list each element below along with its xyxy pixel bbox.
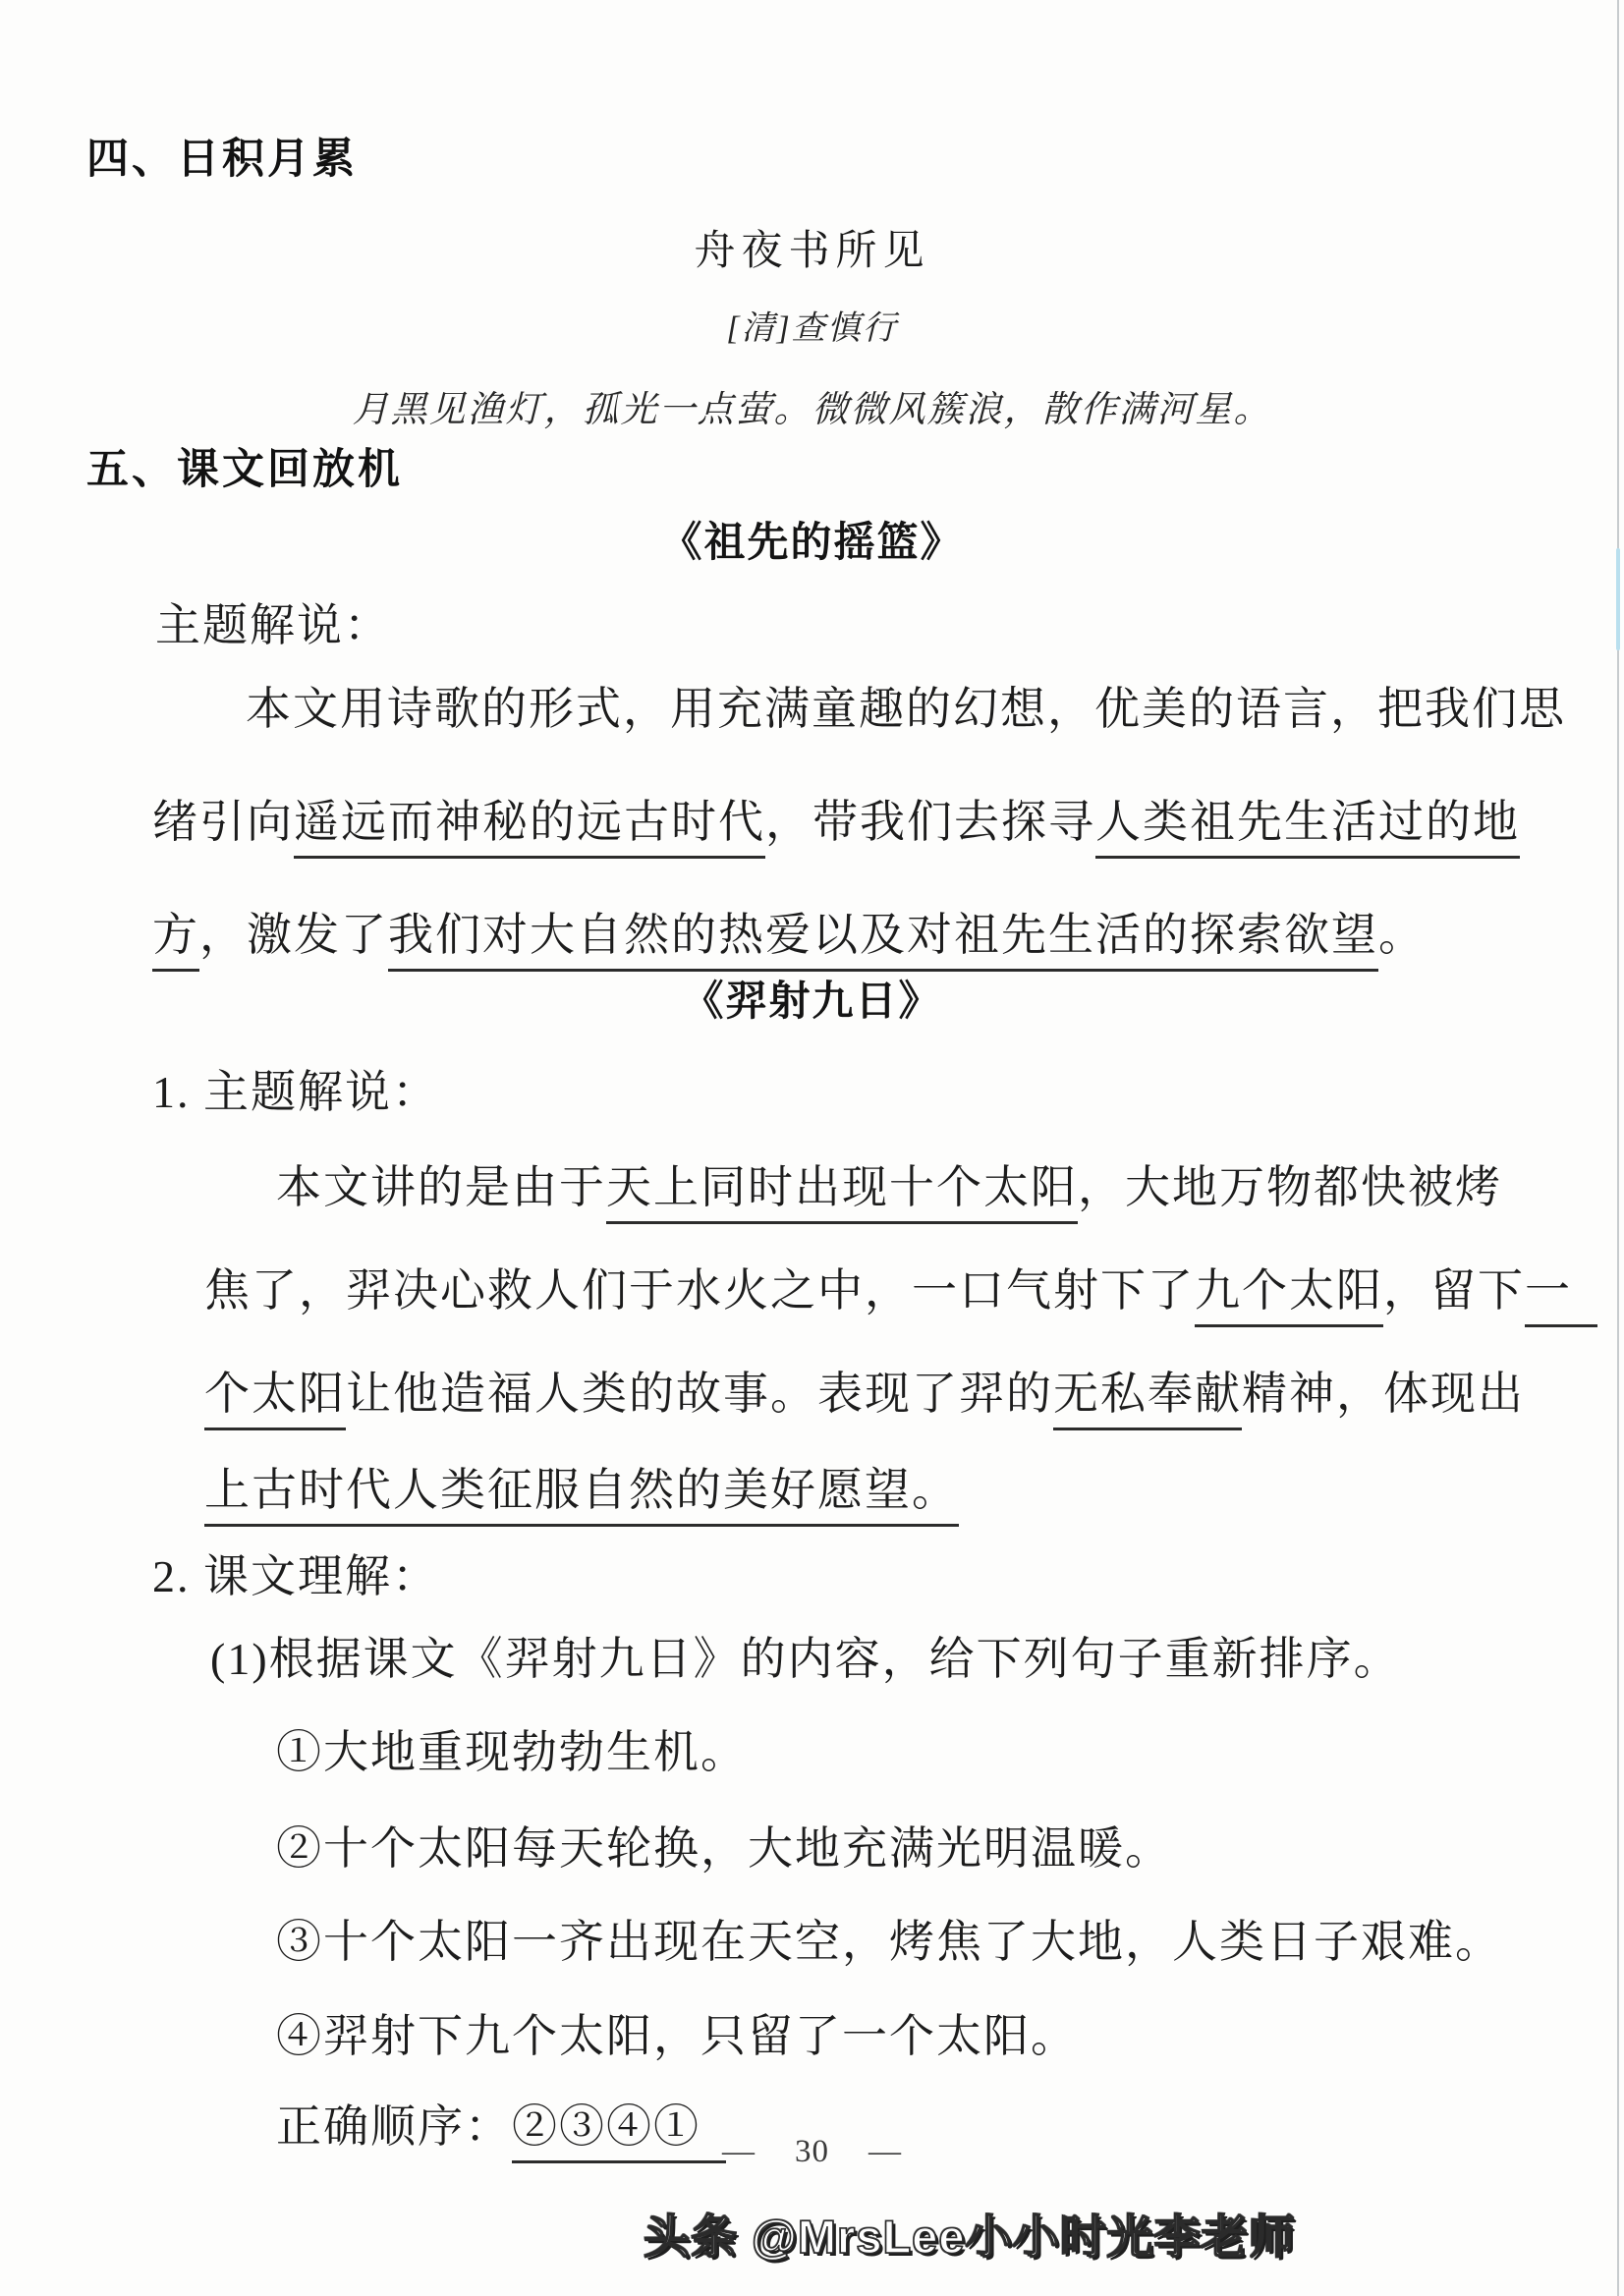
section4-heading: 四、日积月累: [86, 134, 358, 187]
poem-line: 月黑见渔灯，孤光一点萤。微微风簇浪，散作满河星。: [0, 388, 1624, 433]
page-number-value: 30: [795, 2134, 829, 2169]
text-run: 。: [1378, 910, 1426, 960]
lesson2-paragraph-line4: 上古时代人类征服自然的美好愿望。: [204, 1462, 959, 1519]
list-item-1: ①大地重现勃勃生机。: [276, 1724, 748, 1781]
underlined-text: 人类祖先生活过的地: [1095, 797, 1520, 859]
underlined-text: 上古时代人类征服自然的美好愿望。: [204, 1465, 959, 1527]
watermark: 头条 @MrsLee小小时光李老师: [644, 2209, 1295, 2267]
lesson1-paragraph-line1: 本文用诗歌的形式，用充满童趣的幻想，优美的语言，把我们思: [246, 681, 1566, 738]
page-edge-accent: [1616, 548, 1620, 650]
text-run: 焦了，羿决心救人们于水火之中，一口气射下了: [204, 1265, 1195, 1316]
underlined-text: 一: [1525, 1265, 1597, 1327]
underlined-text: 九个太阳: [1195, 1265, 1383, 1327]
underlined-text: 个太阳: [204, 1369, 346, 1430]
page-edge-line: [1617, 0, 1619, 2296]
workbook-page: 四、日积月累 舟夜书所见 [清]查慎行 月黑见渔灯，孤光一点萤。微微风簇浪，散作…: [0, 0, 1624, 2296]
page-number-dash-right: —: [868, 2134, 902, 2169]
lesson1-paragraph-line2: 绪引向遥远而神秘的远古时代，带我们去探寻人类祖先生活过的地: [152, 794, 1520, 851]
underlined-text: 天上同时出现十个太阳: [606, 1162, 1078, 1224]
text-run: 绪引向: [152, 797, 294, 847]
lesson1-title: 《祖先的摇篮》: [0, 517, 1624, 569]
text-run: 让他造福人类的故事。表现了羿的: [346, 1369, 1053, 1419]
lesson2-comprehension-label: 2. 课文理解：: [152, 1548, 439, 1605]
list-item-3: ③十个太阳一齐出现在天空，烤焦了大地，人类日子艰难。: [276, 1914, 1502, 1971]
lesson1-paragraph-line3: 方，激发了我们对大自然的热爱以及对祖先生活的探索欲望。: [152, 907, 1426, 964]
lesson2-paragraph-line2: 焦了，羿决心救人们于水火之中，一口气射下了九个太阳，留下一: [204, 1262, 1597, 1319]
text-run: ，大地万物都快被烤: [1078, 1162, 1502, 1212]
lesson1-theme-label: 主题解说：: [155, 597, 391, 654]
lesson2-theme-label: 1. 主题解说：: [152, 1064, 439, 1121]
text-run: ，激发了: [199, 910, 388, 960]
lesson2-title: 《羿射九日》: [0, 976, 1624, 1028]
lesson2-paragraph-line3: 个太阳让他造福人类的故事。表现了羿的无私奉献精神，体现出: [204, 1366, 1525, 1423]
poem-title: 舟夜书所见: [0, 226, 1624, 278]
poem-author: [清]查慎行: [0, 308, 1624, 351]
page-number-dash-left: —: [722, 2134, 756, 2169]
underlined-text: 我们对大自然的热爱以及对祖先生活的探索欲望: [388, 910, 1378, 972]
text-run: 本文用诗歌的形式，用充满童趣的幻想，优美的语言，把我们思: [246, 684, 1566, 734]
section5-heading: 五、课文回放机: [86, 444, 403, 497]
text-run: ，带我们去探寻: [765, 797, 1095, 847]
underlined-text: 遥远而神秘的远古时代: [294, 797, 765, 859]
page-number: —30—: [0, 2132, 1624, 2172]
question-1: (1)根据课文《羿射九日》的内容，给下列句子重新排序。: [210, 1631, 1401, 1688]
list-item-4: ④羿射下九个太阳，只留了一个太阳。: [276, 2008, 1078, 2065]
lesson2-paragraph-line1: 本文讲的是由于天上同时出现十个太阳，大地万物都快被烤: [276, 1159, 1502, 1216]
text-run: 本文讲的是由于: [276, 1162, 606, 1212]
text-run: ，留下: [1383, 1265, 1525, 1316]
list-item-2: ②十个太阳每天轮换，大地充满光明温暖。: [276, 1820, 1172, 1877]
text-run: 精神，体现出: [1242, 1369, 1525, 1419]
underlined-text: 方: [152, 910, 199, 972]
underlined-text: 无私奉献: [1053, 1369, 1242, 1430]
